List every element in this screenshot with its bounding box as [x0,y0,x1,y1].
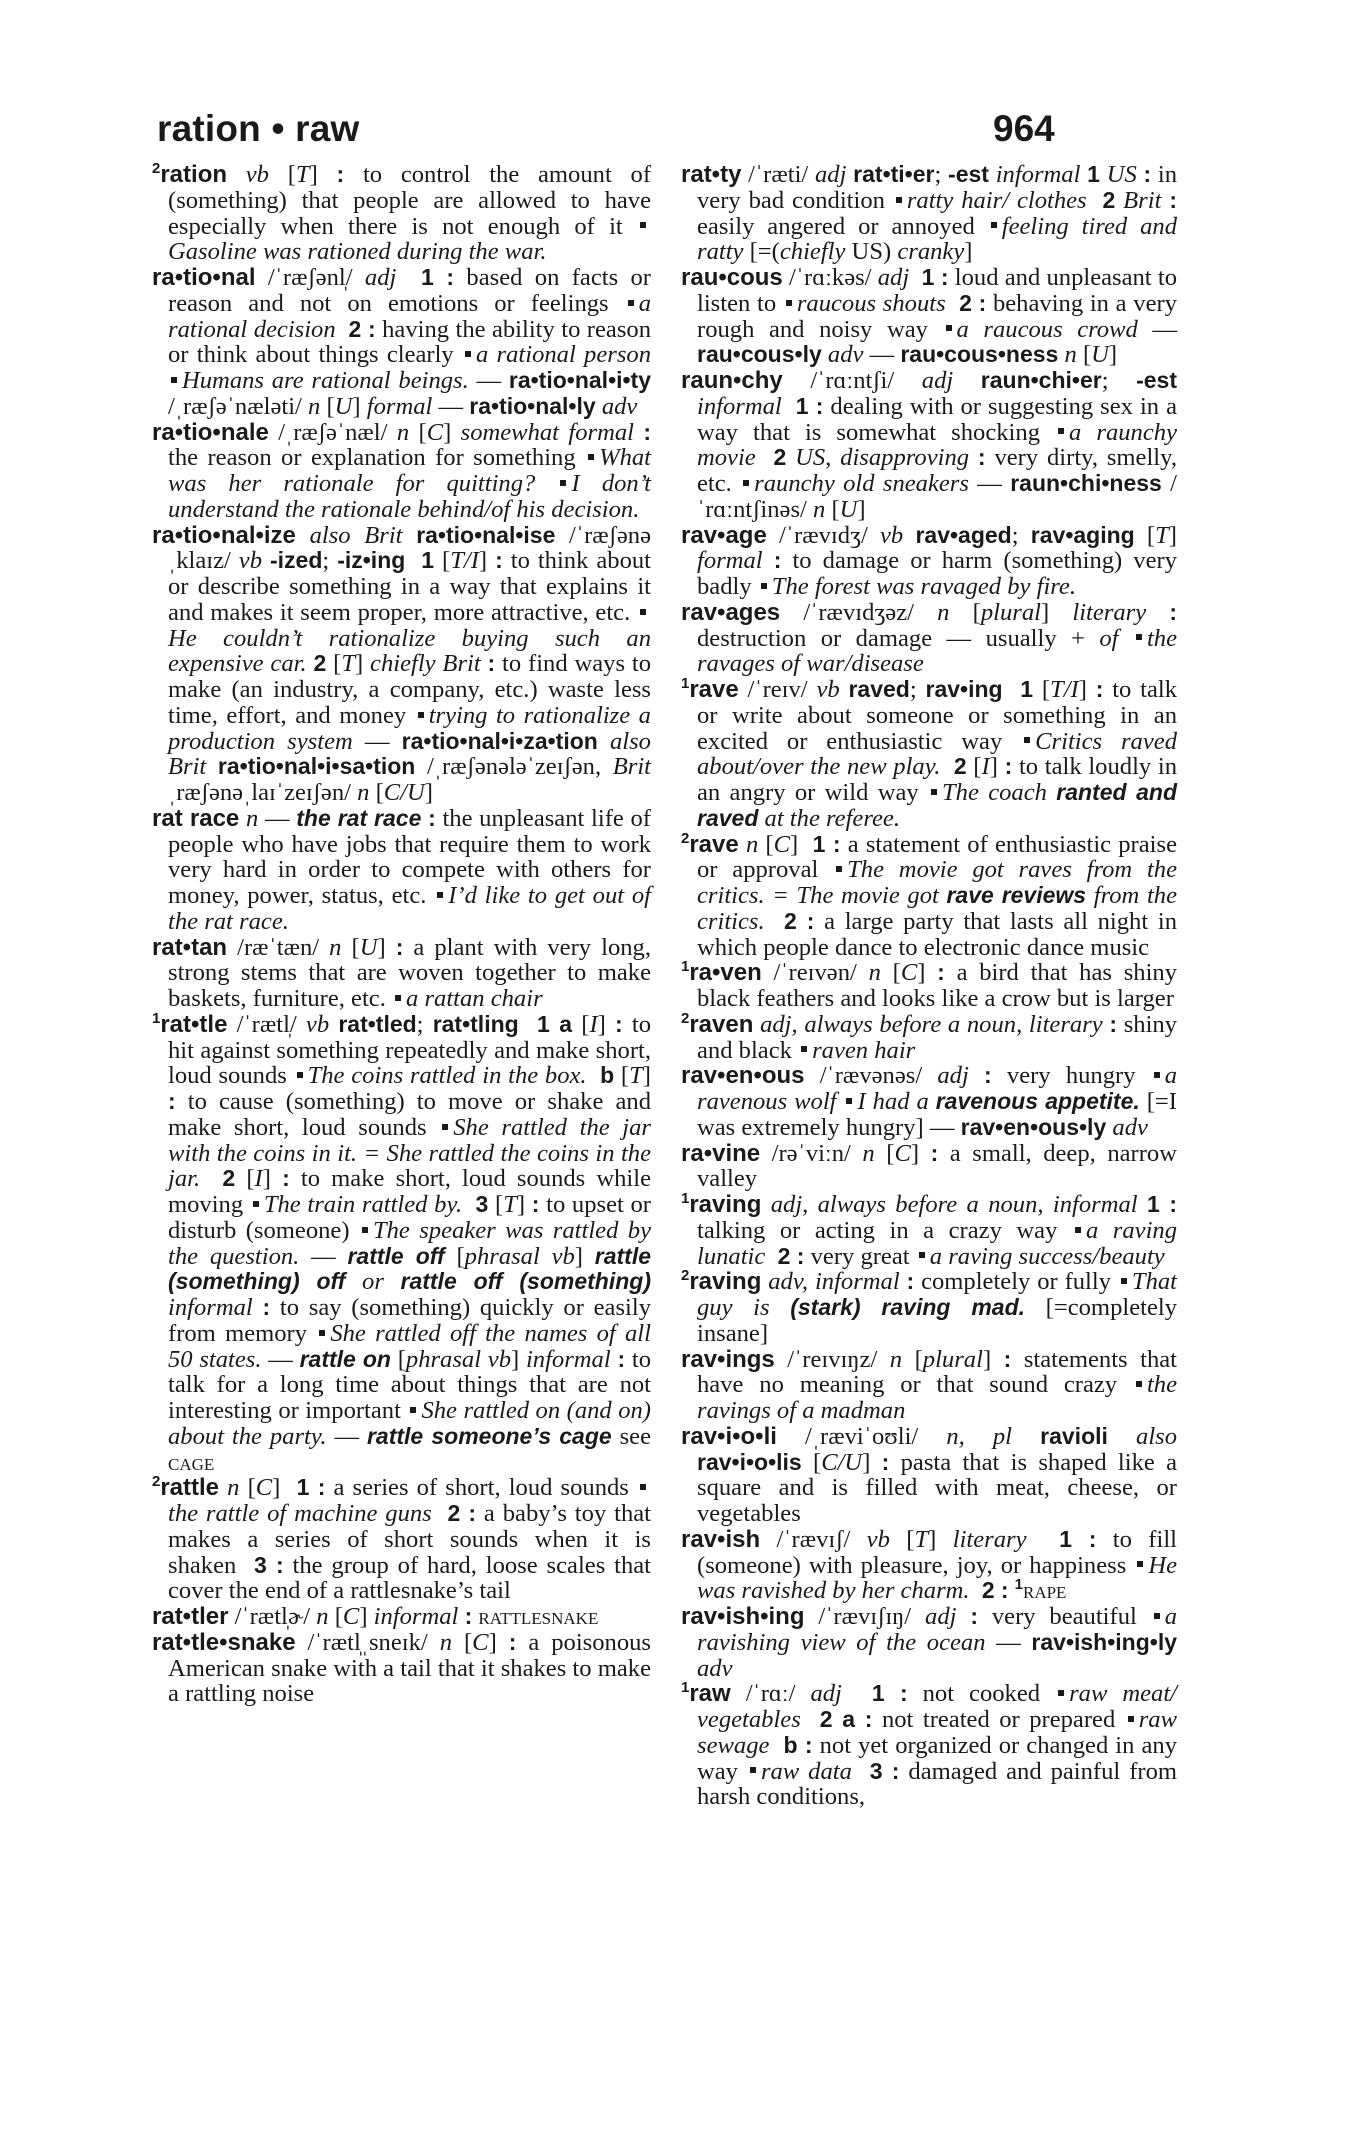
text [384,1268,401,1295]
dictionary-entry-rational: ra•tio•nal /ˈræʃənl̩/ adj 1 : based on f… [152,265,651,420]
bold-text: 1 : [421,264,454,290]
text: /ˈrætl̩ɚ/ [228,1603,316,1630]
bold-text: : [495,547,503,573]
bold-text: 2 [959,290,972,316]
bold-text: 2 a : [820,1706,873,1732]
bold-text: 1 a [537,1011,572,1037]
page-header: ration • raw 964 [152,108,1177,158]
headword: rau•cous [681,264,783,291]
bold-text: rav•ag­ing [1031,522,1135,548]
text: ] [352,393,366,420]
example-bullet-icon [437,892,443,898]
dictionary-entry-raw-1: 1raw /ˈrɑː/ adj 1 : not cooked raw meat/… [681,1681,1177,1810]
text: ] [1109,341,1117,368]
bold-text: 2 [222,1165,235,1191]
text [462,1191,475,1218]
text: ] [310,161,337,188]
text: ] [928,1526,953,1553]
dictionary-entry-raving-2: 2raving adv, informal : completely or fu… [681,1269,1177,1346]
italic-text: n [246,805,258,832]
text: [ [967,753,982,780]
dictionary-entry-rattlesnake: rat•tle•snake /ˈrætl̩ˌsneɪk/ n [C] : a p… [152,1630,651,1707]
text: [ [488,1191,503,1218]
headword: rat race [152,805,239,832]
dictionary-entry-ratty: rat•ty /ˈræti/ adj rat•ti•er; -est infor… [681,162,1177,265]
text [1138,1191,1147,1218]
text [989,161,996,188]
text: ] [983,1346,1004,1373]
example-bullet-icon [801,1046,807,1052]
italic-text: raucous shouts [797,290,946,317]
text: ; [910,676,926,703]
dictionary-entry-rationale: ra•tio•nale /ˌræʃəˈnæl/ n [C] somewhat f… [152,420,651,523]
text: ; [1102,367,1136,394]
cross-reference[interactable]: cage [168,1449,214,1476]
italic-text: adv [1112,1114,1148,1141]
bold-text: 2 : [784,908,814,934]
bold-text: 3 [476,1191,489,1217]
italic-text: C [427,419,443,446]
text [1027,1526,1060,1553]
italic-text: somewhat formal [461,419,634,446]
dictionary-entry-ravage: rav•age /ˈrævɪdʒ/ vb rav•aged; rav•ag­in… [681,523,1177,600]
text [739,831,746,858]
headword: rav•en•ous [681,1062,805,1089]
headword: rav•age [681,522,767,549]
italic-text: informal [374,1603,459,1630]
italic-text: T [296,161,310,188]
bold-text: : [282,1165,290,1191]
italic-text: The coach [942,779,1047,806]
example-bullet-icon [465,351,471,357]
example-bullet-icon [786,300,792,306]
bold-text: raun•chi•er [981,367,1102,393]
bold-italic-phrase: rattle off (something) [401,1268,652,1294]
italic-text: chiefly Brit [370,650,481,677]
italic-text: n [813,496,825,523]
italic-text: informal [526,1346,611,1373]
italic-text: T [1155,522,1169,549]
text [1087,187,1103,214]
text [929,1088,936,1115]
italic-text: C [472,1629,488,1656]
italic-text: T/I [450,547,479,574]
text: not cooked [908,1680,1055,1707]
italic-text: C [343,1603,359,1630]
text [761,1191,770,1218]
page-number: 964 [993,108,1055,150]
bold-text: raun•chi•ness [1010,470,1162,496]
text: — [469,367,509,394]
bold-text: : [1169,187,1177,213]
italic-text: vb [816,676,839,703]
italic-text: The train rattled by. [264,1191,462,1218]
text: [ [434,547,450,574]
text: [ [902,1346,923,1373]
text [903,522,915,549]
example-bullet-icon [1128,1716,1134,1722]
text: [ [320,393,334,420]
text: [ [802,1449,821,1476]
text: /ˈrɑːkəs/ [783,264,878,291]
headword: ra•vine [681,1140,760,1167]
example-bullet-icon [1136,1381,1142,1387]
text [801,1706,820,1733]
text [972,290,979,317]
italic-text: n [746,831,758,858]
dictionary-entry-raven-1: 1ra•ven /ˈreɪvən/ n [C] : a bird that ha… [681,960,1177,1012]
italic-text: formal [697,547,763,574]
bold-text: : [970,1603,978,1629]
text: /ˈrɑː/ [731,1680,811,1707]
text: [ [1077,341,1091,368]
text: — [432,393,469,420]
text: [ [881,959,901,986]
italic-text: U [840,496,858,523]
text: — [969,470,1010,497]
example-bullet-icon [896,197,902,203]
bold-text: ra•tio•nal•ly [469,393,595,419]
example-bullet-icon [640,609,646,615]
text: /ˈrætl̩/ [227,1011,305,1038]
text [396,264,421,291]
text: [ [875,1140,895,1167]
text: /ræˈtæn/ [227,934,329,961]
italic-text: C [256,1474,272,1501]
text: /ˈrætl̩ˌsneɪk/ [296,1629,440,1656]
bold-text: rav•i•o•lis [697,1449,802,1475]
bold-text: 1 [1087,161,1100,187]
italic-text: C/U [384,779,425,806]
headword: rave [689,831,738,858]
bold-text: 2 [313,650,326,676]
example-bullet-icon [836,866,842,872]
italic-text: vb [880,522,903,549]
text: [ [269,161,296,188]
bold-italic-phrase: rave re­views [946,882,1086,908]
text: /ˈreɪvən/ [762,959,869,986]
text: /ˈrævɪdʒəz/ [780,599,937,626]
example-bullet-icon [946,325,952,331]
italic-text: US [1107,161,1137,188]
italic-text: T [914,1526,928,1553]
text: ] [489,1629,509,1656]
italic-text: Brit [613,753,651,780]
headword: raun•chy [681,367,783,394]
italic-text: of [1099,625,1118,652]
text: [ [1033,676,1050,703]
text [770,1294,791,1321]
text: the reason or explanation for something [168,444,585,471]
text: [ [341,934,359,961]
italic-text: Brit [1123,187,1161,214]
bold-italic-phrase: rattle someone’s cage [367,1423,612,1449]
italic-text: C/U [821,1449,862,1476]
bold-italic-phrase: the rat race [296,805,421,831]
bold-text: : [428,805,436,831]
italic-text: C [901,959,917,986]
text [296,522,310,549]
text [345,1268,362,1295]
text: ] [862,1449,881,1476]
italic-text: adv, informal [768,1268,899,1295]
text: see [612,1423,651,1450]
italic-text: n [316,1603,328,1630]
italic-text: C [894,1140,910,1167]
text: /rəˈviːn/ [760,1140,862,1167]
italic-text: phrasal vb [406,1346,511,1373]
bold-text: 1 [421,547,434,573]
italic-text: phrasal vb [465,1243,575,1270]
text: ] [479,547,495,574]
example-bullet-icon [1137,1561,1143,1567]
headword: ration [160,161,227,188]
text [336,316,349,343]
text: very beauti­ful [978,1603,1151,1630]
headword: rattle [160,1474,219,1501]
superscript-number: 1 [1015,1576,1023,1593]
dictionary-entry-raucous: rau•cous /ˈrɑːkəs/ adj 1 : loud and un­p… [681,265,1177,368]
text [763,547,774,574]
bold-text: 2 [982,1577,995,1603]
bold-text: ra•tio•nal•i•ty [509,367,651,393]
italic-text: raunchy old sneakers [754,470,969,497]
text: /ˌræʃəˈnæləti/ [168,393,308,420]
text [587,1062,601,1089]
headword: rat•tle•snake [152,1629,296,1656]
bold-text: rat•tling [433,1011,519,1037]
text: ] [1079,676,1096,703]
dictionary-entry-ravings: rav•ings /ˈreɪvɪŋz/ n [plural] : stateme… [681,1347,1177,1424]
bold-text: 1 : [297,1474,326,1500]
dictionary-entry-rattle-1: 1rat•tle /ˈrætl̩/ vb rat•tled; rat•tling… [152,1012,651,1476]
text: — [299,1243,347,1270]
bold-text: rat•ti•er [853,161,934,187]
text: ; [322,547,337,574]
headword: raving [689,1191,761,1218]
example-bullet-icon [319,1330,325,1336]
bold-text: 1 [1020,676,1033,702]
italic-text: adj [937,1062,968,1089]
text: ] [511,1346,526,1373]
dictionary-entry-rat-race: rat race n — the rat race : the unpleas­… [152,806,651,935]
text: ˌræʃənəˌlaɪ­ˈzeɪʃən/ [168,779,357,806]
text: ] [517,1191,532,1218]
text [1100,161,1107,188]
text [481,650,488,677]
guide-words: ration • raw [157,108,359,150]
italic-text: C [774,831,790,858]
italic-text: adj [365,264,396,291]
text [969,1062,984,1089]
text: /ˈrævɪdʒ/ [767,522,880,549]
text: — [258,805,296,832]
text: easily angered or an­noyed [697,213,988,240]
text [765,1243,777,1270]
text: /ˈrævɪʃɪŋ/ [805,1603,926,1630]
text: ] [598,1011,615,1038]
dictionary-entry-rattler: rat•tler /ˈrætl̩ɚ/ n [C] informal : ratt… [152,1604,651,1630]
headword: rav•ings [681,1346,775,1373]
cross-reference[interactable]: rattle­snake [478,1603,598,1630]
text: [ [452,1629,472,1656]
bold-text: : [1169,599,1177,625]
example-bullet-icon [846,1098,852,1104]
headword: rav•ages [681,599,780,626]
text: ] [359,1603,373,1630]
text: ] [425,779,433,806]
bold-italic-phrase: (stark) raving mad. [790,1294,1025,1320]
text: /ˌræviˈoʊli/ [777,1423,946,1450]
text: ] [575,1243,595,1270]
example-bullet-icon [750,1767,756,1773]
text [227,161,246,188]
text: — [353,728,402,755]
bold-text: -est [1136,367,1177,393]
bold-text: 1 : [922,264,949,290]
example-bullet-icon [1136,634,1142,640]
text: /ˈræʃənl̩/ [256,264,365,291]
text: US) [845,238,897,265]
text: ] [272,1474,296,1501]
bold-text: 2 [1102,187,1115,213]
italic-text: n [869,959,881,986]
bold-text: raved [848,676,909,702]
headword: ra•tio•nal [152,264,256,291]
text: ; [1012,522,1031,549]
dictionary-entry-rattle-2: 2rattle n [C] 1 : a series of short, lou… [152,1475,651,1604]
italic-text: The forest was ravaged by fire. [772,573,1076,600]
text [956,1603,970,1630]
text: destruction or damage — usually + [697,625,1099,652]
text: [ [1135,522,1155,549]
italic-text: T [629,1062,643,1089]
example-bullet-icon [991,222,997,228]
text: ] [377,934,395,961]
bold-text: ra•tio•nal•ise [416,522,555,548]
text [969,444,978,471]
example-bullet-icon [362,1227,368,1233]
example-bullet-icon [395,995,401,1001]
example-bullet-icon [1075,1227,1081,1233]
headword: rat•tler [152,1603,228,1630]
dictionary-entry-ravine: ra•vine /rəˈviːn/ n [C] : a small, deep,… [681,1141,1177,1193]
headword: rat•ty [681,161,741,188]
italic-text: formal [367,393,433,420]
italic-text: a rational person [476,341,651,368]
cross-reference[interactable]: rape [1023,1577,1066,1604]
example-bullet-icon [931,789,937,795]
text: — [262,1346,300,1373]
text [852,1758,870,1785]
bold-italic-phrase: rattle off [347,1243,444,1269]
text [1012,1423,1040,1450]
bold-text: : [978,444,986,470]
text [403,522,417,549]
italic-text: I [982,753,990,780]
bold-text: -est [948,161,989,187]
text: ] [964,238,972,265]
bold-text: : [643,419,651,445]
bold-text: 3 : [254,1552,284,1578]
example-bullet-icon [640,1484,646,1490]
text: [ [409,419,427,446]
italic-text: a raucous crowd [957,316,1138,343]
headword: raving [689,1268,761,1295]
italic-text: Gasoline was rationed during the war. [168,238,547,265]
left-column: 2ration vb [T] : to control the amount o… [152,162,651,1707]
italic-text: n [227,1474,239,1501]
italic-text: adj, always before a noun, literary [760,1011,1103,1038]
text: [ [445,1243,465,1270]
text: /ˈrɑːntʃi/ [783,367,922,394]
text [200,1165,222,1192]
bold-text: 2 [954,753,967,779]
italic-text: informal [697,393,782,420]
bold-text: 2 [773,444,786,470]
text [405,547,421,574]
bold-text: : [1109,1011,1117,1037]
bold-text: : [1143,161,1151,187]
text: ] [911,1140,931,1167]
headword: ra•tio•nale [152,419,269,446]
text: ] [917,959,937,986]
bold-text: : [937,959,945,985]
text [1146,599,1169,626]
text: — [863,341,900,368]
italic-text: T/I [1050,676,1079,703]
text: ] [857,496,865,523]
bold-text: ravioli [1040,1423,1108,1449]
italic-text: at the referee. [765,805,900,832]
italic-text: plural [981,599,1041,626]
example-bullet-icon [1154,1072,1160,1078]
text: not treated or prepared [872,1706,1124,1733]
italic-text: n [862,1140,874,1167]
italic-text: n [1065,341,1077,368]
bold-text: ra•tio•nal•i•sa•tion [218,753,415,779]
headword: raw [689,1680,730,1707]
dictionary-entry-ravish: rav•ish /ˈrævɪʃ/ vb [T] literary 1 : to … [681,1527,1177,1604]
italic-text: literary [1072,599,1146,626]
bold-italic-phrase: rattle on [300,1346,391,1372]
text [842,1680,872,1707]
dictionary-entry-ration-2: 2ration vb [T] : to control the amount o… [152,162,651,265]
dictionary-entry-rave-1: 1rave /ˈreɪv/ vb raved; rav•ing 1 [T/I] … [681,677,1177,832]
text: — [327,1423,367,1450]
text: /ˈræti/ [741,161,815,188]
text: very great [804,1243,915,1270]
italic-text: n [890,1346,902,1373]
italic-text: US, disapproving [795,444,969,471]
text [953,367,981,394]
italic-text: literary [953,1526,1027,1553]
bold-text: : [168,1088,176,1114]
text: ] [790,831,813,858]
text [329,1011,338,1038]
example-bullet-icon [743,480,749,486]
text [1086,882,1094,909]
italic-text: the rattle of machine guns [168,1500,432,1527]
text [598,728,610,755]
bold-text: 2 : [778,1243,805,1269]
italic-text: vb [246,161,269,188]
text [1108,1423,1136,1450]
right-column: rat•ty /ˈræti/ adj rat•ti•er; -est infor… [681,162,1177,1810]
italic-text: adj [925,1603,956,1630]
headword: rat•tan [152,934,227,961]
italic-text: U [335,393,353,420]
